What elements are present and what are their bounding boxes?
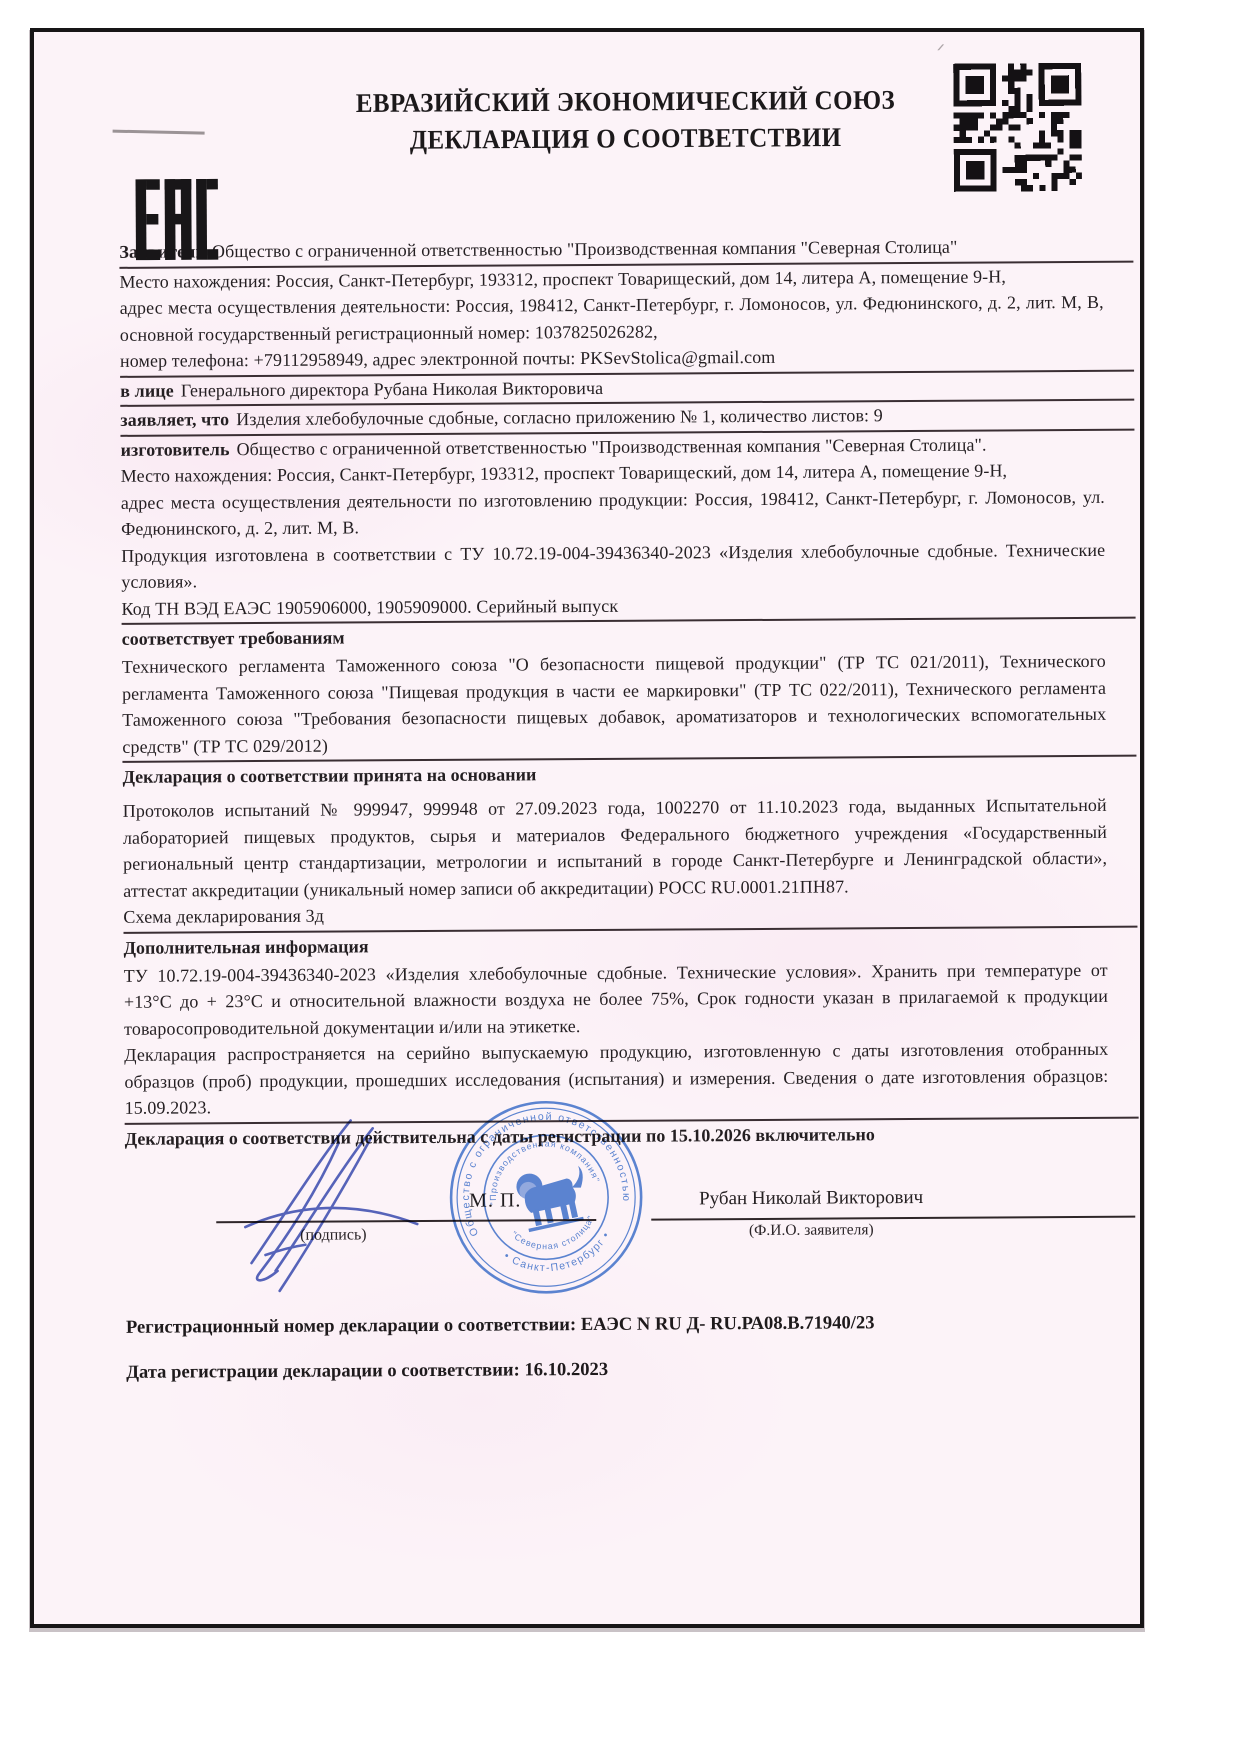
document-title: ЕВРАЗИЙСКИЙ ЭКОНОМИЧЕСКИЙ СОЮЗ ДЕКЛАРАЦИ… bbox=[118, 81, 1132, 161]
registration-number-line: Регистрационный номер декларации о соотв… bbox=[126, 1308, 1140, 1340]
doc-type-title: ДЕКЛАРАЦИЯ О СООТВЕТСТВИИ bbox=[119, 116, 1133, 162]
document-page: 𝄍 ЕВРАЗИЙСКИЙ ЭКОНОМИЧЕСКИЙ СОЮЗ ДЕКЛАРА… bbox=[30, 28, 1144, 1628]
representative-value: Генерального директора Рубана Николая Ви… bbox=[181, 377, 603, 400]
company-stamp: Общество с ограниченной ответственностью… bbox=[427, 1078, 665, 1316]
additional-storage: ТУ 10.72.19-004-39436340-2023 «Изделия х… bbox=[124, 956, 1138, 1042]
declarant-name-rule bbox=[651, 1215, 1135, 1220]
scan-artifact-smudge: 𝄍 bbox=[937, 40, 951, 58]
registration-date-line: Дата регистрации декларации о соответств… bbox=[126, 1353, 1140, 1385]
document-content: 𝄍 ЕВРАЗИЙСКИЙ ЭКОНОМИЧЕСКИЙ СОЮЗ ДЕКЛАРА… bbox=[34, 29, 1150, 1628]
basis-heading: Декларация о соответствии принята на осн… bbox=[122, 757, 1136, 792]
representative-label: в лице bbox=[120, 380, 174, 400]
manufacturer-activity-address: адрес места осуществления деятельности п… bbox=[121, 483, 1135, 542]
manufacturer-value: Общество с ограниченной ответственностью… bbox=[236, 434, 986, 459]
stamp-lion-emblem bbox=[514, 1162, 592, 1233]
declarant-name-caption: (Ф.И.О. заявителя) bbox=[661, 1220, 961, 1240]
manufacturer-label: изготовитель bbox=[120, 439, 229, 460]
document-body: ЗаявительОбщество с ограниченной ответст… bbox=[119, 233, 1140, 1386]
declarant-name-block: Рубан Николай Викторович (Ф.И.О. заявите… bbox=[651, 1151, 1140, 1264]
signature-block: (подпись) М. П. Рубан Николай Викторович… bbox=[125, 1151, 1140, 1307]
applicant-value: Общество с ограниченной ответственностью… bbox=[212, 237, 958, 262]
declares-value: Изделия хлебобулочные сдобные, согласно … bbox=[236, 405, 883, 429]
declares-label: заявляет, что bbox=[120, 409, 229, 430]
eac-mark-icon bbox=[134, 172, 219, 267]
applicant-activity-address: адрес места осуществления деятельности: … bbox=[120, 289, 1134, 348]
scanned-declaration-document: { "header": { "union": "ЕВРАЗИЙСКИЙ ЭКОН… bbox=[0, 0, 1241, 1755]
declarant-name: Рубан Николай Викторович bbox=[661, 1186, 961, 1210]
basis-protocols: Протоколов испытаний № 999947, 999948 от… bbox=[123, 792, 1138, 904]
signature-ink bbox=[221, 1103, 447, 1294]
compliance-text: Технического регламента Таможенного союз… bbox=[122, 648, 1137, 763]
tu-line: Продукция изготовлена в соответствии с Т… bbox=[121, 536, 1135, 595]
